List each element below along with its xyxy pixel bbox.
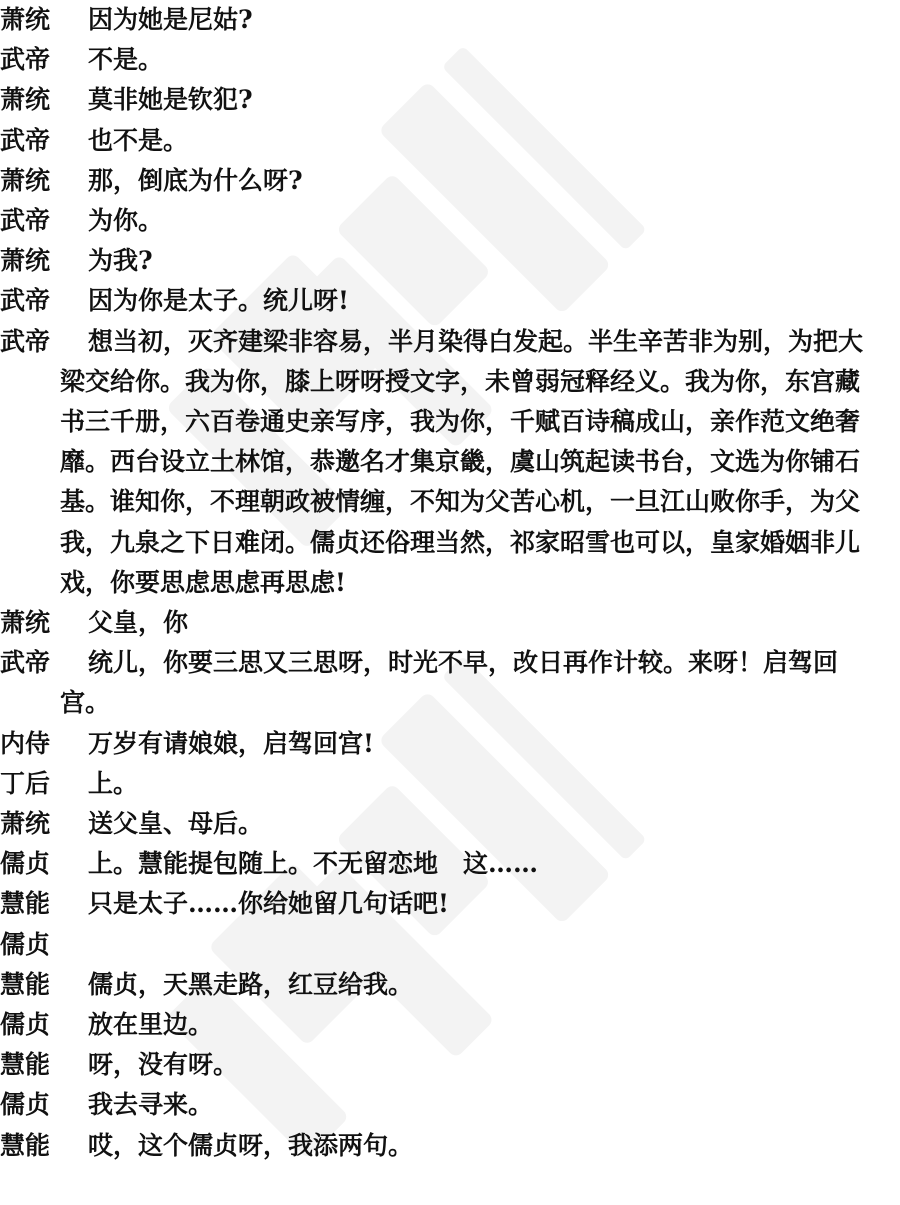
speaker-name: 武帝 [0, 121, 88, 161]
dialogue-line: 慧能呀，没有呀。 [0, 1045, 875, 1085]
speaker-name: 慧能 [0, 884, 88, 924]
speaker-name: 武帝 [0, 322, 88, 362]
dialogue-text: 我去寻来。 [88, 1090, 213, 1119]
dialogue-text: 上。 [88, 769, 138, 798]
speaker-name: 儒贞 [0, 1085, 88, 1125]
dialogue-text: 只是太子……你给她留几句话吧! [88, 889, 449, 918]
dialogue-line: 武帝因为你是太子。统儿呀! [0, 281, 875, 321]
speaker-name: 萧统 [0, 161, 88, 201]
speaker-name: 慧能 [0, 965, 88, 1005]
dialogue-text: 呀，没有呀。 [88, 1050, 238, 1079]
speaker-name: 慧能 [0, 1126, 88, 1166]
dialogue-line: 武帝想当初，灭齐建梁非容易，半月染得白发起。半生辛苦非为别，为把大梁交给你。我为… [0, 322, 875, 603]
dialogue-line: 萧统莫非她是钦犯? [0, 80, 875, 120]
speaker-name: 武帝 [0, 643, 88, 683]
dialogue-text: 因为她是尼姑? [88, 5, 253, 34]
dialogue-text: 想当初，灭齐建梁非容易，半月染得白发起。半生辛苦非为别，为把大梁交给你。我为你，… [60, 327, 863, 597]
speaker-name: 萧统 [0, 241, 88, 281]
speaker-name: 武帝 [0, 40, 88, 80]
dialogue-line: 儒贞 [0, 925, 875, 965]
speaker-name: 萧统 [0, 80, 88, 120]
dialogue-line: 萧统为我? [0, 241, 875, 281]
dialogue-text: 父皇，你 [88, 608, 188, 637]
dialogue-line: 儒贞上。慧能提包随上。不无留恋地 这…… [0, 844, 875, 884]
dialogue-line: 慧能哎，这个儒贞呀，我添两句。 [0, 1126, 875, 1166]
dialogue-text: 那，倒底为什么呀? [88, 166, 303, 195]
dialogue-line: 慧能儒贞，天黑走路，红豆给我。 [0, 965, 875, 1005]
dialogue-line: 萧统那，倒底为什么呀? [0, 161, 875, 201]
dialogue-line: 儒贞我去寻来。 [0, 1085, 875, 1125]
speaker-name: 丁后 [0, 764, 88, 804]
speaker-name: 武帝 [0, 201, 88, 241]
speaker-name: 儒贞 [0, 844, 88, 884]
dialogue-line: 萧统父皇，你 [0, 603, 875, 643]
dialogue-line: 萧统因为她是尼姑? [0, 0, 875, 40]
speaker-name: 儒贞 [0, 1005, 88, 1045]
dialogue-line: 武帝也不是。 [0, 121, 875, 161]
dialogue-text: 为你。 [88, 206, 163, 235]
dialogue-text: 万岁有请娘娘，启驾回宫! [88, 729, 374, 758]
dialogue-text: 不是。 [88, 45, 163, 74]
dialogue-line: 丁后上。 [0, 764, 875, 804]
speaker-name: 儒贞 [0, 925, 88, 965]
speaker-name: 萧统 [0, 603, 88, 643]
dialogue-text: 因为你是太子。统儿呀! [88, 286, 349, 315]
dialogue-line: 慧能只是太子……你给她留几句话吧! [0, 884, 875, 924]
speaker-name: 慧能 [0, 1045, 88, 1085]
dialogue-line: 萧统送父皇、母后。 [0, 804, 875, 844]
dialogue-line: 内侍万岁有请娘娘，启驾回宫! [0, 724, 875, 764]
speaker-name: 内侍 [0, 724, 88, 764]
dialogue-text: 也不是。 [88, 126, 188, 155]
dialogue-text: 放在里边。 [88, 1010, 213, 1039]
dialogue-line: 武帝统儿，你要三思又三思呀，时光不早，改日再作计较。来呀！启驾回宫。 [0, 643, 875, 723]
dialogue-line: 儒贞放在里边。 [0, 1005, 875, 1045]
dialogue-text: 哎，这个儒贞呀，我添两句。 [88, 1131, 413, 1160]
speaker-name: 萧统 [0, 804, 88, 844]
dialogue-text: 莫非她是钦犯? [88, 85, 253, 114]
script-dialogue: 萧统因为她是尼姑? 武帝不是。 萧统莫非她是钦犯? 武帝也不是。 萧统那，倒底为… [0, 0, 900, 1166]
dialogue-line: 武帝为你。 [0, 201, 875, 241]
speaker-name: 萧统 [0, 0, 88, 40]
dialogue-line: 武帝不是。 [0, 40, 875, 80]
dialogue-text: 为我? [88, 246, 153, 275]
speaker-name: 武帝 [0, 281, 88, 321]
dialogue-text: 儒贞，天黑走路，红豆给我。 [88, 970, 413, 999]
dialogue-text: 送父皇、母后。 [88, 809, 263, 838]
dialogue-text: 上。慧能提包随上。不无留恋地 这…… [88, 849, 538, 878]
dialogue-text: 统儿，你要三思又三思呀，时光不早，改日再作计较。来呀！启驾回宫。 [60, 648, 838, 717]
